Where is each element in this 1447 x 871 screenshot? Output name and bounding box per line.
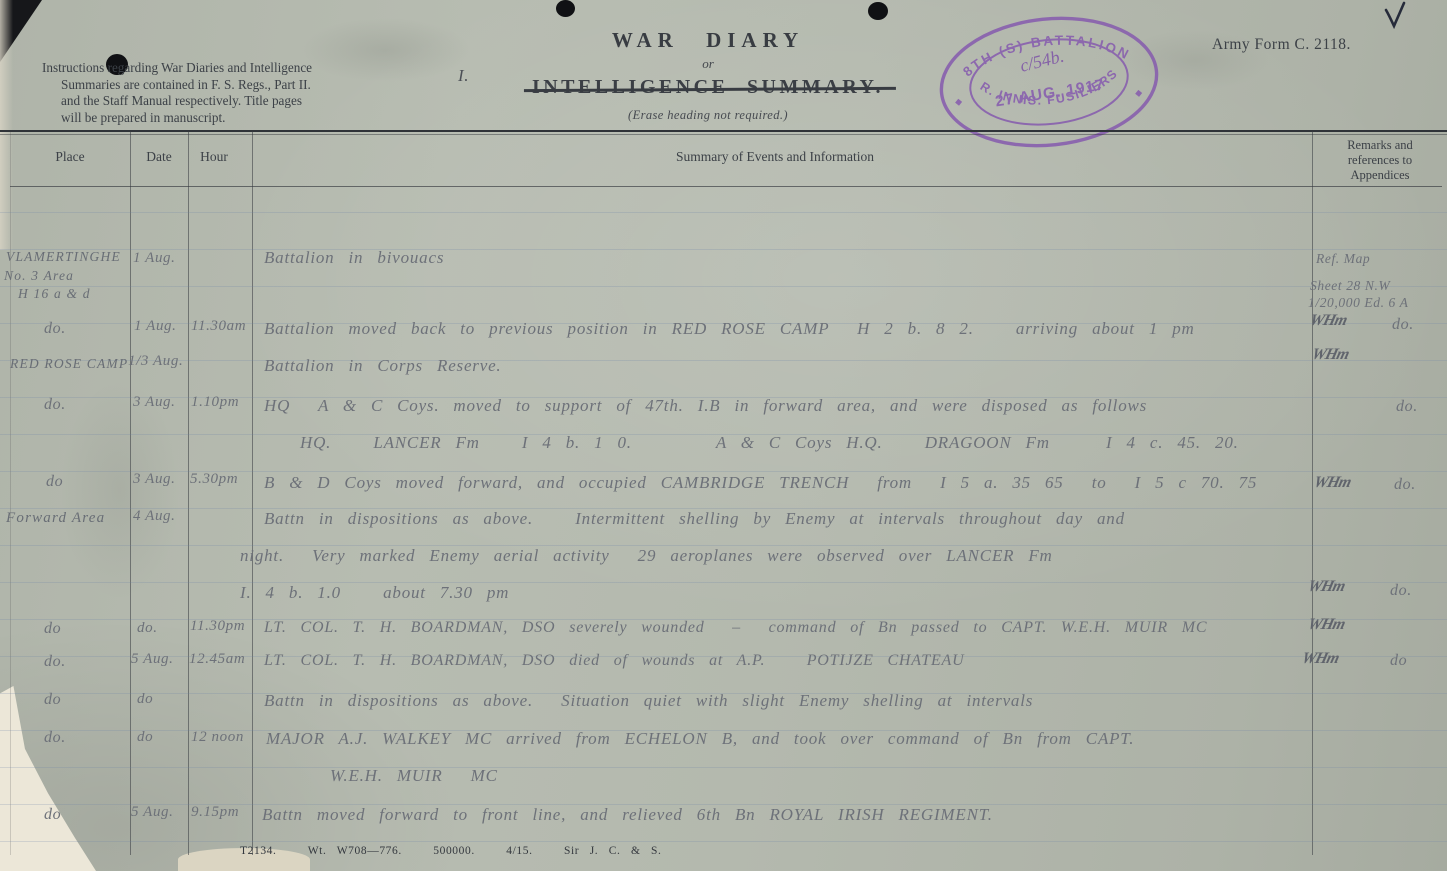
entry-10-place: do xyxy=(44,806,61,824)
entry-4-date: 3 Aug. xyxy=(133,471,176,488)
entry-4-remarks-do: do. xyxy=(1394,476,1416,494)
entry-2-place: RED ROSE CAMP xyxy=(10,356,128,372)
entry-4-summary: B & D Coys moved forward, and occupied C… xyxy=(264,473,1257,493)
paper-edge-left xyxy=(0,0,13,250)
entry-5-date: 4 Aug. xyxy=(133,508,176,525)
entry-1-place: do. xyxy=(44,320,66,338)
entry-10-summary: Battn moved forward to front line, and r… xyxy=(262,805,993,825)
entry-5-place: Forward Area xyxy=(6,510,105,527)
entry-6-remarks-initials: WHm xyxy=(1306,616,1347,634)
column-line-left xyxy=(10,131,11,855)
col-header-remarks: Remarks and references to Appendices xyxy=(1347,138,1413,183)
entry-3-place: do. xyxy=(44,396,66,414)
entry-9-place: do. xyxy=(44,729,66,747)
ruled-lines xyxy=(0,212,1447,852)
col-header-remarks-line: references to xyxy=(1347,153,1413,168)
entry-3-summary-line-0: HQ A & C Coys. moved to support of 47th.… xyxy=(264,396,1147,416)
column-line-date-hour xyxy=(188,131,189,855)
entry-7-remarks-initials: WHm xyxy=(1300,650,1341,668)
entry-6-date: do. xyxy=(137,620,158,637)
entry-7-date: 5 Aug. xyxy=(131,651,174,668)
entry-9-summary-line-0: MAJOR A.J. WALKEY MC arrived from ECHELO… xyxy=(266,729,1134,749)
entry-7-hour: 12.45am xyxy=(189,651,245,668)
entry-0-place-line-2: H 16 a & d xyxy=(18,286,91,302)
handwritten-page-mark: I. xyxy=(458,66,469,86)
entry-7-summary: LT. COL. T. H. BOARDMAN, DSO died of wou… xyxy=(264,652,964,670)
entry-4-remarks-initials: WHm xyxy=(1312,474,1353,492)
entry-5-remarks-initials: WHm xyxy=(1306,578,1347,596)
intelligence-summary-title-struck: INTELLIGENCE SUMMARY. xyxy=(532,76,884,99)
column-header-underline xyxy=(10,186,1442,187)
entry-6-summary: LT. COL. T. H. BOARDMAN, DSO severely wo… xyxy=(264,619,1207,637)
entry-8-place: do xyxy=(44,691,61,709)
hole-punch xyxy=(556,0,575,17)
entry-9-summary-line-1: W.E.H. MUIR MC xyxy=(330,766,498,786)
war-diary-title: WAR DIARY xyxy=(612,28,804,53)
title-or: or xyxy=(702,56,714,72)
entry-7-place: do. xyxy=(44,653,66,671)
entry-5-summary-line-1: night. Very marked Enemy aerial activity… xyxy=(240,546,1053,566)
torn-paper-bottom-left xyxy=(0,686,96,871)
col-header-hour: Hour xyxy=(200,149,228,165)
entry-5-summary-line-2: I. 4 b. 1.0 about 7.30 pm xyxy=(240,583,509,603)
entry-5-remarks-do: do. xyxy=(1390,582,1412,600)
entry-0-date: 1 Aug. xyxy=(133,250,176,267)
col-header-place: Place xyxy=(55,149,84,165)
army-form-number: Army Form C. 2118. xyxy=(1212,36,1351,54)
stamp-dot xyxy=(955,99,962,106)
entry-10-date: 5 Aug. xyxy=(131,804,174,821)
entry-6-hour: 11.30pm xyxy=(190,618,245,635)
battalion-stamp: 8TH (S) BATTALION R. INNIS. FUSILIERS c/… xyxy=(926,0,1171,163)
entry-4-place: do xyxy=(46,473,63,491)
col-header-date: Date xyxy=(146,149,171,165)
header-rule-shadow xyxy=(0,134,1447,135)
entry-0-summary: Battalion in bivouacs xyxy=(264,248,444,268)
entry-2-summary: Battalion in Corps Reserve. xyxy=(264,356,501,376)
war-diary-scan-page: Instructions regarding War Diaries and I… xyxy=(0,0,1447,871)
col-header-summary: Summary of Events and Information xyxy=(676,149,874,165)
entry-0-remarks-line-2: 1/20,000 Ed. 6 A xyxy=(1308,295,1408,311)
instructions-line: and the Staff Manual respectively. Title… xyxy=(42,93,422,110)
instructions-note: Instructions regarding War Diaries and I… xyxy=(42,60,422,126)
stamp-dot xyxy=(1135,90,1142,97)
entry-2-date: 1/3 Aug. xyxy=(128,353,183,370)
entry-7-remarks-do: do xyxy=(1390,652,1407,670)
entry-6-place: do xyxy=(44,620,61,638)
erase-heading-note: (Erase heading not required.) xyxy=(628,108,788,123)
entry-5-summary-line-0: Battn in dispositions as above. Intermit… xyxy=(264,509,1125,529)
entry-8-summary: Battn in dispositions as above. Situatio… xyxy=(264,691,1033,711)
entry-1-hour: 11.30am xyxy=(191,318,246,335)
entry-3-summary-line-1: HQ. LANCER Fm I 4 b. 1 0. A & C Coys H.Q… xyxy=(300,433,1239,453)
entry-10-hour: 9.15pm xyxy=(191,804,239,821)
entry-0-place-line-1: No. 3 Area xyxy=(4,268,74,284)
hole-punch xyxy=(868,2,888,20)
instructions-line: will be prepared in manuscript. xyxy=(42,110,422,127)
entry-3-date: 3 Aug. xyxy=(133,394,176,411)
entry-4-hour: 5.30pm xyxy=(190,471,238,488)
col-header-remarks-line: Remarks and xyxy=(1347,138,1413,153)
pen-check-mark xyxy=(1380,0,1420,34)
entry-1-date: 1 Aug. xyxy=(134,318,177,335)
instructions-line: Instructions regarding War Diaries and I… xyxy=(42,60,422,77)
entry-8-date: do xyxy=(137,691,153,708)
entry-2-remarks-initials: WHm xyxy=(1310,346,1351,364)
entry-0-place-line-0: VLAMERTINGHE xyxy=(6,249,121,265)
entry-3-hour: 1.10pm xyxy=(191,394,239,411)
instructions-line: Summaries are contained in F. S. Regs., … xyxy=(42,77,422,94)
entry-1-remarks-initials: WHm xyxy=(1308,312,1349,330)
column-line-summary-remarks xyxy=(1312,131,1313,855)
entry-1-summary: Battalion moved back to previous positio… xyxy=(264,319,1195,339)
printers-imprint: T2134. Wt. W708—776. 500000. 4/15. Sir J… xyxy=(240,845,661,857)
header-rule xyxy=(0,130,1447,132)
col-header-remarks-line: Appendices xyxy=(1347,168,1413,183)
entry-9-date: do xyxy=(137,729,153,746)
entry-1-remarks-do: do. xyxy=(1392,316,1414,334)
column-line-hour-summary xyxy=(252,131,253,855)
entry-0-remarks-line-1: Sheet 28 N.W xyxy=(1310,278,1390,294)
stain xyxy=(60,380,180,600)
entry-0-remarks-line-0: Ref. Map xyxy=(1316,251,1370,267)
column-line-place-date xyxy=(130,131,131,855)
entry-3-remarks-do: do. xyxy=(1396,398,1418,416)
entry-9-hour: 12 noon xyxy=(191,729,244,746)
